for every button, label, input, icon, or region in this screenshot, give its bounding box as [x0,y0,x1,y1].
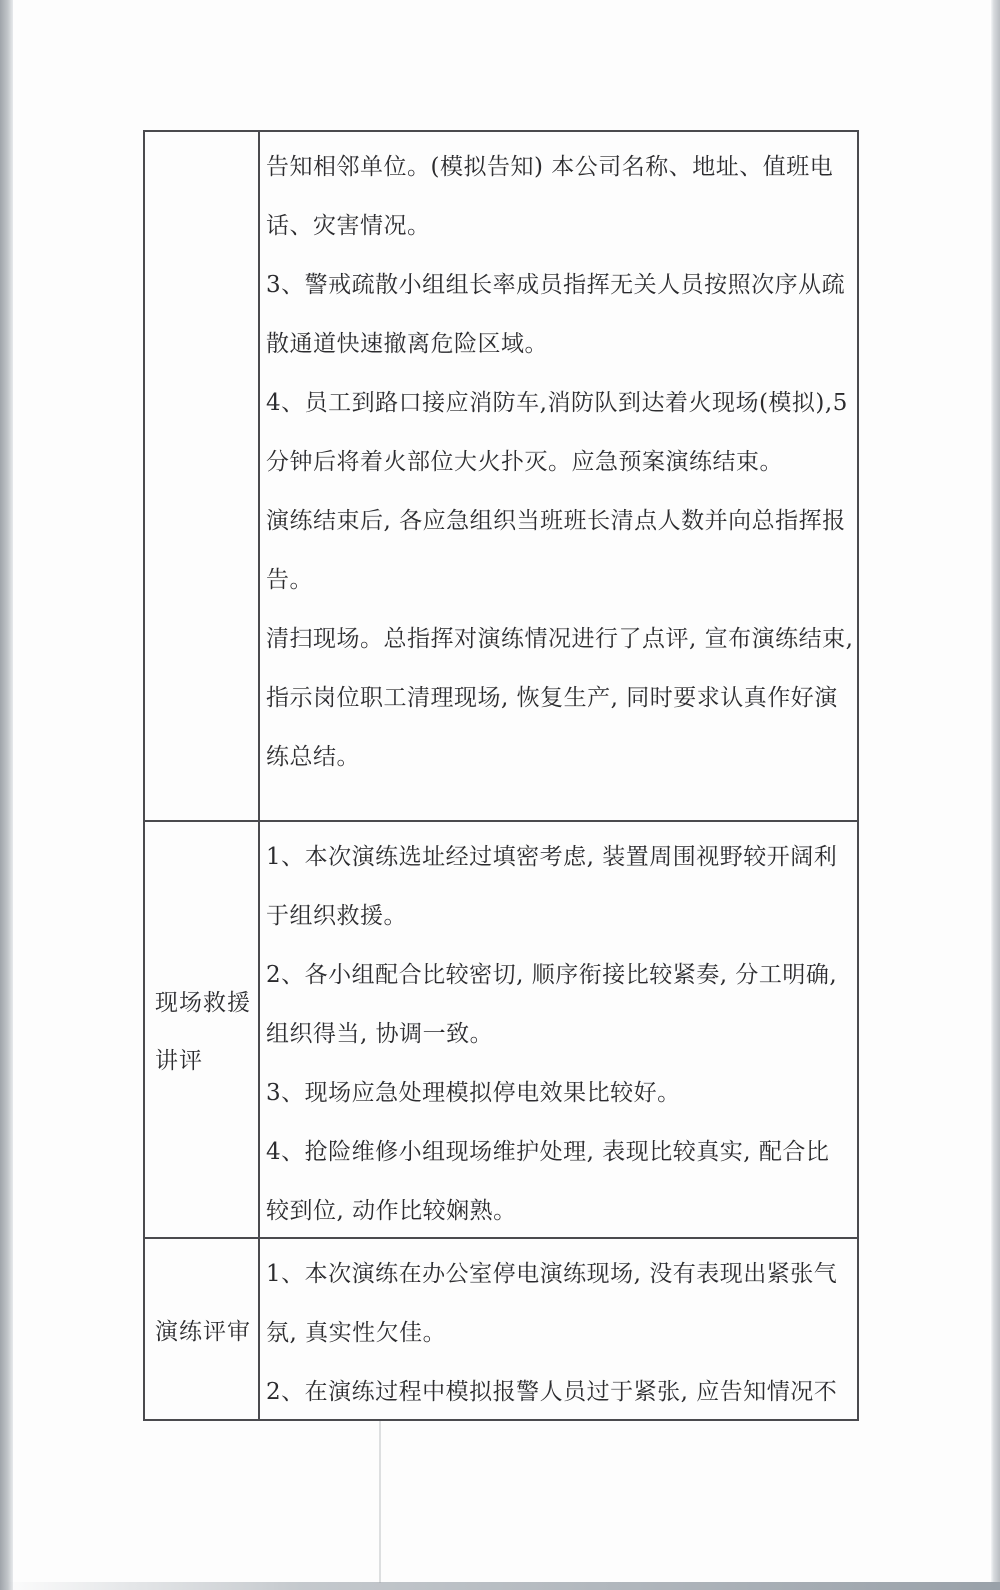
row-label-cell-rescue-review: 现场救援 讲评 [145,822,260,1237]
text-line: 2、在演练过程中模拟报警人员过于紧张, 应告知情况不 [266,1360,853,1419]
text-line: 于组织救援。 [266,884,853,943]
text-line: 3、警戒疏散小组组长率成员指挥无关人员按照次序从疏 [266,253,853,312]
text-line: 4、员工到路口接应消防车,消防队到达着火现场(模拟),5 [266,371,853,430]
text-line: 3、现场应急处理模拟停电效果比较好。 [266,1061,853,1120]
scan-edge-right [991,0,1000,1590]
drill-process-text-cell: 告知相邻单位。(模拟告知) 本公司名称、地址、值班电 话、灾害情况。 3、警戒疏… [260,132,857,820]
text-line: 演练结束后, 各应急组织当班班长清点人数并向总指挥报 [266,489,853,548]
text-line: 散通道快速撤离危险区域。 [266,312,853,371]
text-line: 分钟后将着火部位大火扑灭。应急预案演练结束。 [266,430,853,489]
scanned-document-page: 告知相邻单位。(模拟告知) 本公司名称、地址、值班电 话、灾害情况。 3、警戒疏… [0,0,1000,1590]
scan-edge-left [0,0,13,1590]
table-row-rescue-review: 现场救援 讲评 1、本次演练选址经过填密考虑, 装置周围视野较开阔利 于组织救援… [145,822,857,1239]
text-line: 1、本次演练选址经过填密考虑, 装置周围视野较开阔利 [266,825,853,884]
row-label-cell-drill-evaluation: 演练评审 [145,1239,260,1419]
row-label-cell-empty [145,132,260,820]
text-line: 指示岗位职工清理现场, 恢复生产, 同时要求认真作好演 [266,666,853,725]
table-row-drill-process: 告知相邻单位。(模拟告知) 本公司名称、地址、值班电 话、灾害情况。 3、警戒疏… [145,132,857,822]
text-line: 清扫现场。总指挥对演练情况进行了点评, 宣布演练结束, [266,607,853,666]
text-line: 1、本次演练在办公室停电演练现场, 没有表现出紧张气 [266,1242,853,1301]
text-line: 氛, 真实性欠佳。 [266,1301,853,1360]
scan-fold-line [379,1419,381,1583]
text-line: 2、各小组配合比较密切, 顺序衔接比较紧奏, 分工明确, [266,943,853,1002]
table-row-drill-evaluation: 演练评审 1、本次演练在办公室停电演练现场, 没有表现出紧张气 氛, 真实性欠佳… [145,1239,857,1419]
text-line: 告。 [266,548,853,607]
text-line: 组织得当, 协调一致。 [266,1002,853,1061]
drill-evaluation-text-cell: 1、本次演练在办公室停电演练现场, 没有表现出紧张气 氛, 真实性欠佳。 2、在… [260,1239,857,1419]
text-line: 话、灾害情况。 [266,194,853,253]
row-label-text: 讲评 [145,1030,258,1088]
drill-record-table: 告知相邻单位。(模拟告知) 本公司名称、地址、值班电 话、灾害情况。 3、警戒疏… [143,130,859,1421]
row-label-text: 现场救援 [145,972,258,1030]
row-label-text: 演练评审 [145,1300,258,1358]
text-line: 较到位, 动作比较娴熟。 [266,1179,853,1237]
text-line: 练总结。 [266,725,853,784]
scan-edge-bottom [0,1582,1000,1590]
text-line: 告知相邻单位。(模拟告知) 本公司名称、地址、值班电 [266,135,853,194]
rescue-review-text-cell: 1、本次演练选址经过填密考虑, 装置周围视野较开阔利 于组织救援。 2、各小组配… [260,822,857,1237]
text-line: 4、抢险维修小组现场维护处理, 表现比较真实, 配合比 [266,1120,853,1179]
